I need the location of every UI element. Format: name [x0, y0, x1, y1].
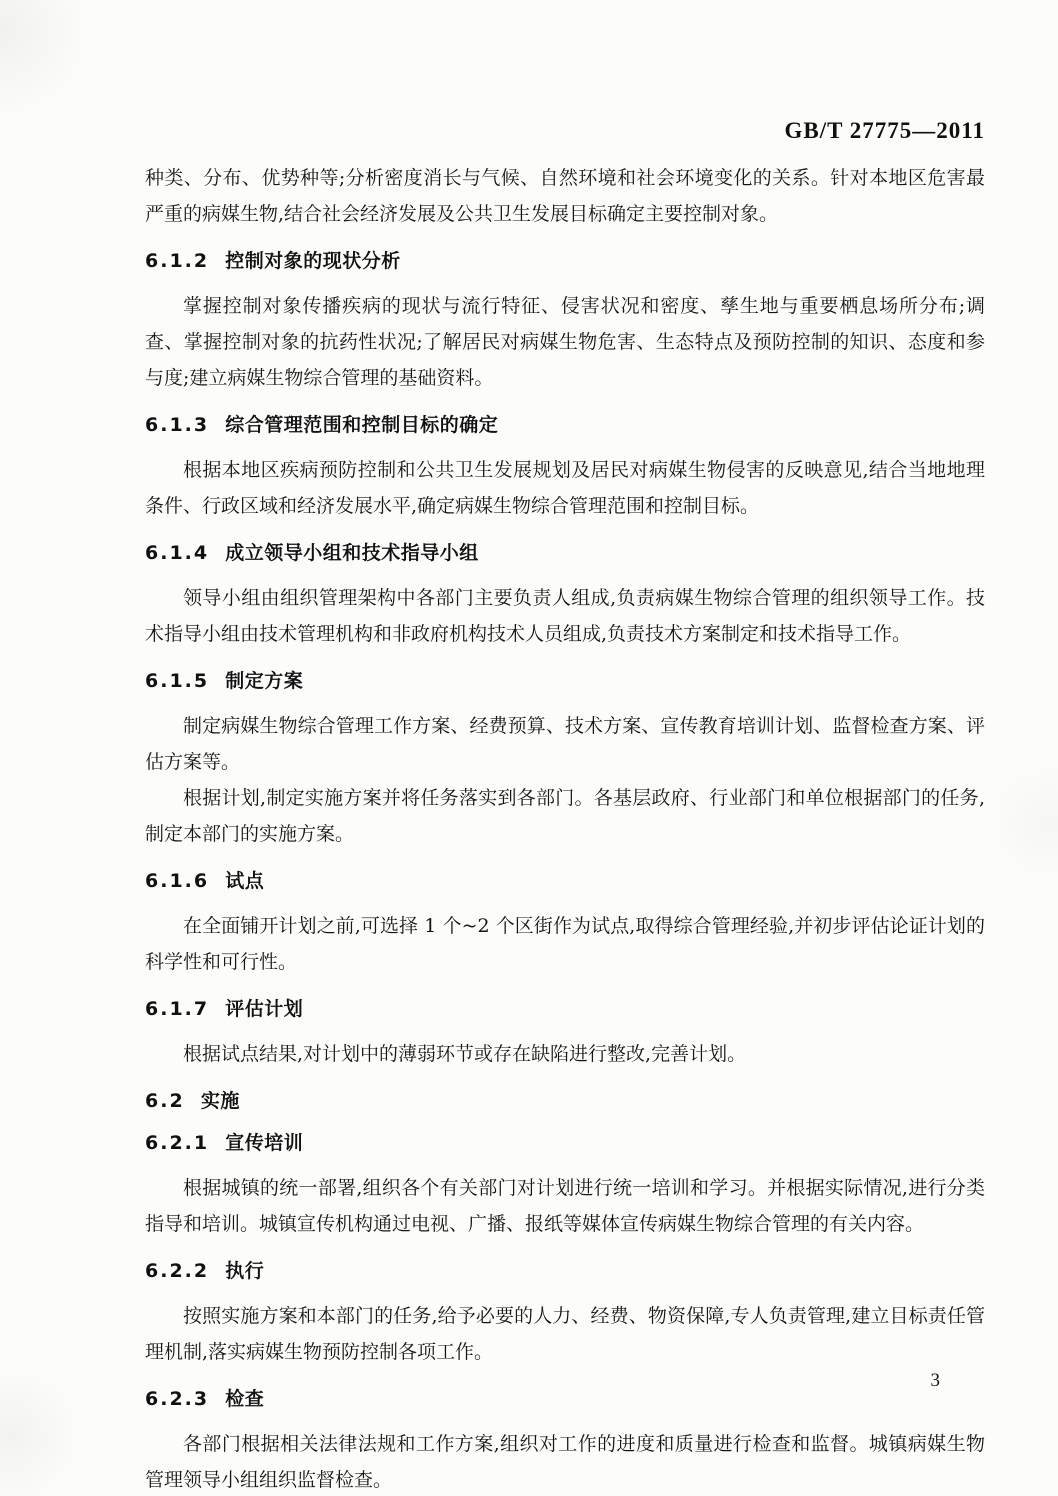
- page-number: 3: [931, 1370, 941, 1392]
- paragraph: 根据本地区疾病预防控制和公共卫生发展规划及居民对病媒生物侵害的反映意见,结合当地…: [145, 452, 985, 524]
- paragraph: 各部门根据相关法律法规和工作方案,组织对工作的进度和质量进行检查和监督。城镇病媒…: [145, 1426, 985, 1496]
- section-heading: 6.2.3检查: [145, 1386, 985, 1412]
- section-heading: 6.1.7评估计划: [145, 996, 985, 1022]
- paragraph: 在全面铺开计划之前,可选择 1 个~2 个区街作为试点,取得综合管理经验,并初步…: [145, 908, 985, 980]
- paragraph: 根据城镇的统一部署,组织各个有关部门对计划进行统一培训和学习。并根据实际情况,进…: [145, 1170, 985, 1242]
- section-6-1-3: 6.1.3综合管理范围和控制目标的确定 根据本地区疾病预防控制和公共卫生发展规划…: [145, 412, 985, 524]
- section-6-2-1: 6.2.1宣传培训 根据城镇的统一部署,组织各个有关部门对计划进行统一培训和学习…: [145, 1130, 985, 1242]
- section-6-1-2: 6.1.2控制对象的现状分析 掌握控制对象传播疾病的现状与流行特征、侵害状况和密…: [145, 248, 985, 396]
- section-number: 6.2.2: [145, 1260, 209, 1282]
- section-title: 执行: [225, 1260, 264, 1282]
- section-title: 检查: [225, 1388, 264, 1410]
- standard-number: GB/T 27775—2011: [784, 118, 985, 143]
- section-heading: 6.2.1宣传培训: [145, 1130, 985, 1156]
- section-number: 6.2: [145, 1090, 185, 1112]
- document-page: GB/T 27775—2011 种类、分布、优势种等;分析密度消长与气候、自然环…: [0, 0, 1058, 1496]
- section-6-1-6: 6.1.6试点 在全面铺开计划之前,可选择 1 个~2 个区街作为试点,取得综合…: [145, 868, 985, 980]
- section-heading: 6.1.3综合管理范围和控制目标的确定: [145, 412, 985, 438]
- section-title: 综合管理范围和控制目标的确定: [225, 414, 498, 436]
- paragraph: 根据试点结果,对计划中的薄弱环节或存在缺陷进行整改,完善计划。: [145, 1036, 985, 1072]
- section-heading: 6.1.6试点: [145, 868, 985, 894]
- paragraph: 掌握控制对象传播疾病的现状与流行特征、侵害状况和密度、孳生地与重要栖息场所分布;…: [145, 288, 985, 396]
- section-number: 6.2.1: [145, 1132, 209, 1154]
- section-number: 6.1.2: [145, 250, 209, 272]
- section-number: 6.1.4: [145, 542, 209, 564]
- section-6-1-7: 6.1.7评估计划 根据试点结果,对计划中的薄弱环节或存在缺陷进行整改,完善计划…: [145, 996, 985, 1072]
- section-title: 评估计划: [225, 998, 303, 1020]
- section-6-2: 6.2实施: [145, 1088, 985, 1114]
- page-header: GB/T 27775—2011: [145, 118, 985, 144]
- section-number: 6.1.7: [145, 998, 209, 1020]
- paragraph: 制定病媒生物综合管理工作方案、经费预算、技术方案、宣传教育培训计划、监督检查方案…: [145, 708, 985, 780]
- section-6-2-2: 6.2.2执行 按照实施方案和本部门的任务,给予必要的人力、经费、物资保障,专人…: [145, 1258, 985, 1370]
- paragraph: 根据计划,制定实施方案并将任务落实到各部门。各基层政府、行业部门和单位根据部门的…: [145, 780, 985, 852]
- section-title: 实施: [201, 1090, 240, 1112]
- paragraph: 领导小组由组织管理架构中各部门主要负责人组成,负责病媒生物综合管理的组织领导工作…: [145, 580, 985, 652]
- section-number: 6.1.5: [145, 670, 209, 692]
- section-number: 6.2.3: [145, 1388, 209, 1410]
- section-6-1-5: 6.1.5制定方案 制定病媒生物综合管理工作方案、经费预算、技术方案、宣传教育培…: [145, 668, 985, 852]
- section-6-1-4: 6.1.4成立领导小组和技术指导小组 领导小组由组织管理架构中各部门主要负责人组…: [145, 540, 985, 652]
- section-title: 试点: [225, 870, 264, 892]
- section-title: 宣传培训: [225, 1132, 303, 1154]
- section-heading: 6.1.4成立领导小组和技术指导小组: [145, 540, 985, 566]
- section-heading: 6.1.2控制对象的现状分析: [145, 248, 985, 274]
- section-heading: 6.2.2执行: [145, 1258, 985, 1284]
- section-heading: 6.2实施: [145, 1088, 985, 1114]
- document-body: 种类、分布、优势种等;分析密度消长与气候、自然环境和社会环境变化的关系。针对本地…: [145, 160, 985, 1496]
- section-6-2-3: 6.2.3检查 各部门根据相关法律法规和工作方案,组织对工作的进度和质量进行检查…: [145, 1386, 985, 1496]
- section-title: 控制对象的现状分析: [225, 250, 401, 272]
- paragraph-continued: 种类、分布、优势种等;分析密度消长与气候、自然环境和社会环境变化的关系。针对本地…: [145, 160, 985, 232]
- section-number: 6.1.3: [145, 414, 209, 436]
- section-heading: 6.1.5制定方案: [145, 668, 985, 694]
- paragraph: 按照实施方案和本部门的任务,给予必要的人力、经费、物资保障,专人负责管理,建立目…: [145, 1298, 985, 1370]
- section-number: 6.1.6: [145, 870, 209, 892]
- section-title: 制定方案: [225, 670, 303, 692]
- section-title: 成立领导小组和技术指导小组: [225, 542, 479, 564]
